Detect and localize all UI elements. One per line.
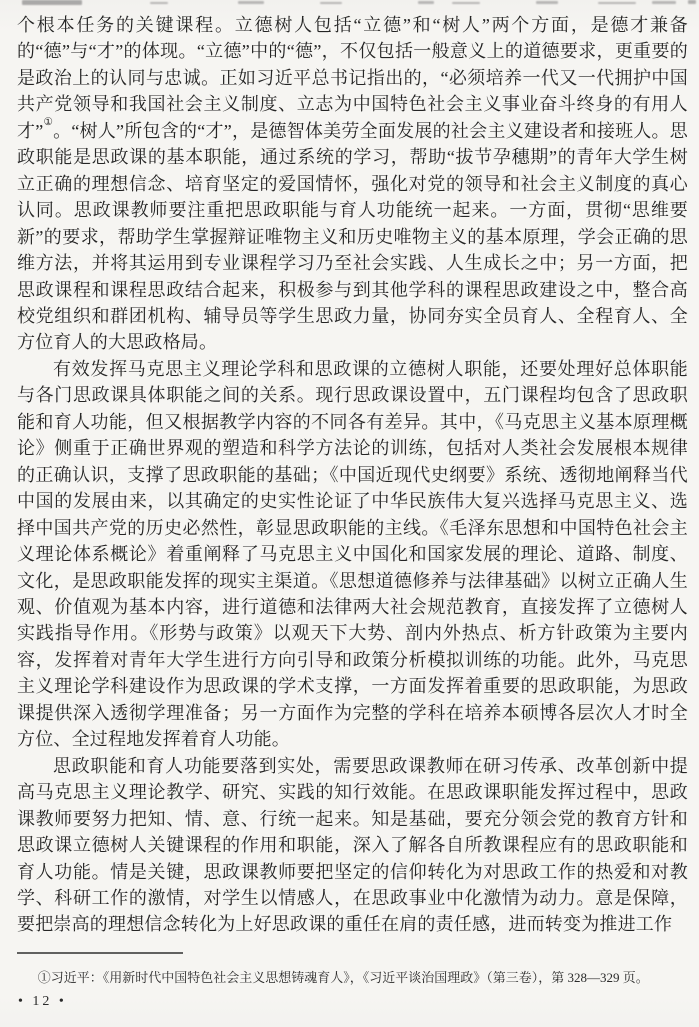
paragraph: 有效发挥马克思主义理论学科和思政课的立德树人职能，还要处理好总体职能与各门思政课… bbox=[17, 356, 688, 753]
paragraph: 思政职能和育人功能要落到实处，需要思政课教师在研习传承、改革创新中提高马克思主义… bbox=[17, 753, 688, 938]
scan-artifact bbox=[22, 0, 82, 5]
footnote: ①习近平：《用新时代中国特色社会主义思想铸魂育人》，《习近平谈治国理政》（第三卷… bbox=[17, 968, 689, 987]
scan-artifact bbox=[688, 0, 696, 4]
scan-artifact bbox=[238, 1, 264, 4]
scan-artifact bbox=[320, 2, 342, 4]
scan-artifact bbox=[452, 2, 480, 4]
scan-artifact bbox=[598, 2, 636, 4]
paragraph: 个根本任务的关键课程。立德树人包括“立德”和“树人”两个方面，是德才兼备的“德”… bbox=[17, 12, 688, 356]
scan-artifact bbox=[536, 1, 558, 4]
scan-artifact bbox=[150, 2, 168, 4]
text-block: 个根本任务的关键课程。立德树人包括“立德”和“树人”两个方面，是德才兼备的“德”… bbox=[17, 12, 688, 938]
footnote-ref: ① bbox=[43, 117, 53, 128]
footnote-divider bbox=[17, 952, 183, 954]
document-page: 个根本任务的关键课程。立德树人包括“立德”和“树人”两个方面，是德才兼备的“德”… bbox=[0, 0, 699, 1027]
scan-artifact bbox=[652, 1, 676, 4]
page-number: • 12 • bbox=[18, 994, 67, 1010]
scan-artifact bbox=[418, 1, 434, 4]
